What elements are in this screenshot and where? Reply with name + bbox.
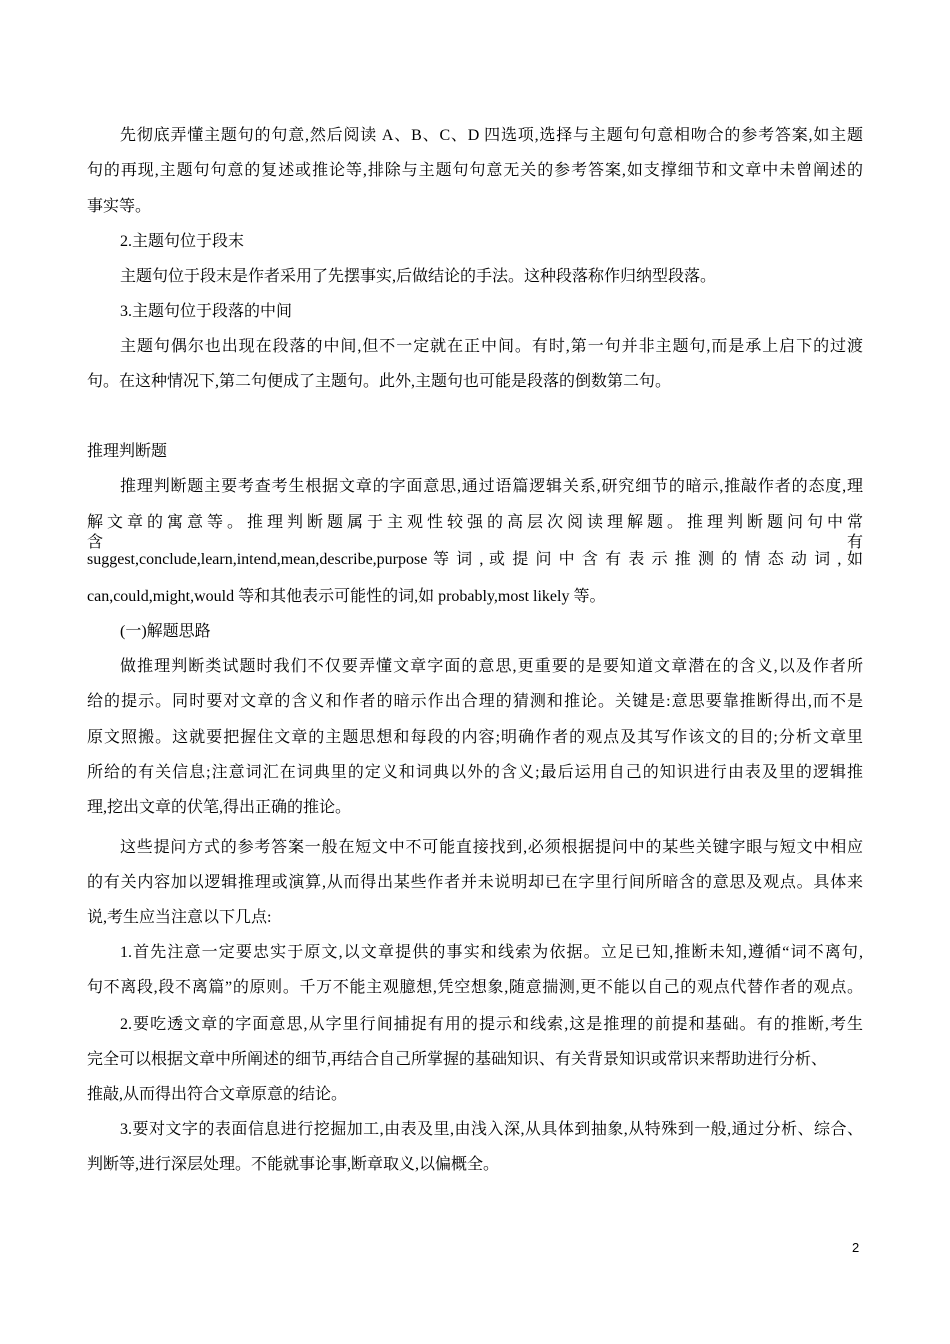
text-line: 这些提问方式的参考答案一般在短文中不可能直接找到,必须根据提问中的某些关键字眼与… <box>120 838 863 858</box>
text-line: can,could,might,would 等和其他表示可能性的词,如 prob… <box>87 587 863 607</box>
text-line: 句的再现,主题句句意的复述或推论等,排除与主题句句意无关的参考答案,如支撑细节和… <box>87 161 863 181</box>
text-line: 事实等。 <box>87 197 863 217</box>
text-line: 做推理判断类试题时我们不仅要弄懂文章字面的意思,更重要的是要知道文章潜在的含义,… <box>120 657 863 677</box>
text-line: 推理判断题主要考查考生根据文章的字面意思,通过语篇逻辑关系,研究细节的暗示,推敲… <box>120 477 863 497</box>
text-line: 句不离段,段不离篇”的原则。千万不能主观臆想,凭空想象,随意揣测,更不能以自己的… <box>87 978 863 998</box>
text-line: (一)解题思路 <box>120 622 863 642</box>
text-line: 解 文 章 的 寓 意 等 。 推 理 判 断 题 属 于 主 观 性 较 强 … <box>87 513 863 553</box>
document-page: 先彻底弄懂主题句的句意,然后阅读 A、B、C、D 四选项,选择与主题句句意相吻合… <box>0 0 950 1344</box>
text-line: 所给的有关信息;注意词汇在词典里的定义和词典以外的含义;最后运用自己的知识进行由… <box>87 763 863 783</box>
text-line: 理,挖出文章的伏笔,得出正确的推论。 <box>87 798 863 818</box>
text-line: 推敲,从而得出符合文章原意的结论。 <box>87 1085 863 1105</box>
text-line: 3.主题句位于段落的中间 <box>120 302 863 322</box>
text-line: 给的提示。同时要对文章的含义和作者的暗示作出合理的猜测和推论。关键是:意思要靠推… <box>87 692 863 712</box>
text-line: 先彻底弄懂主题句的句意,然后阅读 A、B、C、D 四选项,选择与主题句句意相吻合… <box>120 126 863 146</box>
text-line: suggest,conclude,learn,intend,mean,descr… <box>87 550 863 570</box>
text-line: 2.要吃透文章的字面意思,从字里行间捕捉有用的提示和线索,这是推理的前提和基础。… <box>120 1015 863 1035</box>
text-line: 1.首先注意一定要忠实于原文,以文章提供的事实和线索为依据。立足已知,推断未知,… <box>120 943 863 963</box>
text-line: 的有关内容加以逻辑推理或演算,从而得出某些作者并未说明却已在字里行间所暗含的意思… <box>87 873 863 893</box>
text-line: 句。在这种情况下,第二句便成了主题句。此外,主题句也可能是段落的倒数第二句。 <box>87 372 863 392</box>
text-line: 判断等,进行深层处理。不能就事论事,断章取义,以偏概全。 <box>87 1155 863 1175</box>
text-line: 完全可以根据文章中所阐述的细节,再结合自己所掌握的基础知识、有关背景知识或常识来… <box>87 1050 863 1070</box>
text-line: 3.要对文字的表面信息进行挖掘加工,由表及里,由浅入深,从具体到抽象,从特殊到一… <box>120 1120 863 1140</box>
text-line: 说,考生应当注意以下几点: <box>87 908 863 928</box>
page-number: 2 <box>852 1240 859 1255</box>
text-line: 推理判断题 <box>87 442 863 462</box>
text-line: 主题句位于段末是作者采用了先摆事实,后做结论的手法。这种段落称作归纳型段落。 <box>120 267 863 287</box>
text-line: 主题句偶尔也出现在段落的中间,但不一定就在正中间。有时,第一句并非主题句,而是承… <box>120 337 863 357</box>
text-line: 2.主题句位于段末 <box>120 232 863 252</box>
text-line: 原文照搬。这就要把握住文章的主题思想和每段的内容;明确作者的观点及其写作该文的目… <box>87 728 863 748</box>
